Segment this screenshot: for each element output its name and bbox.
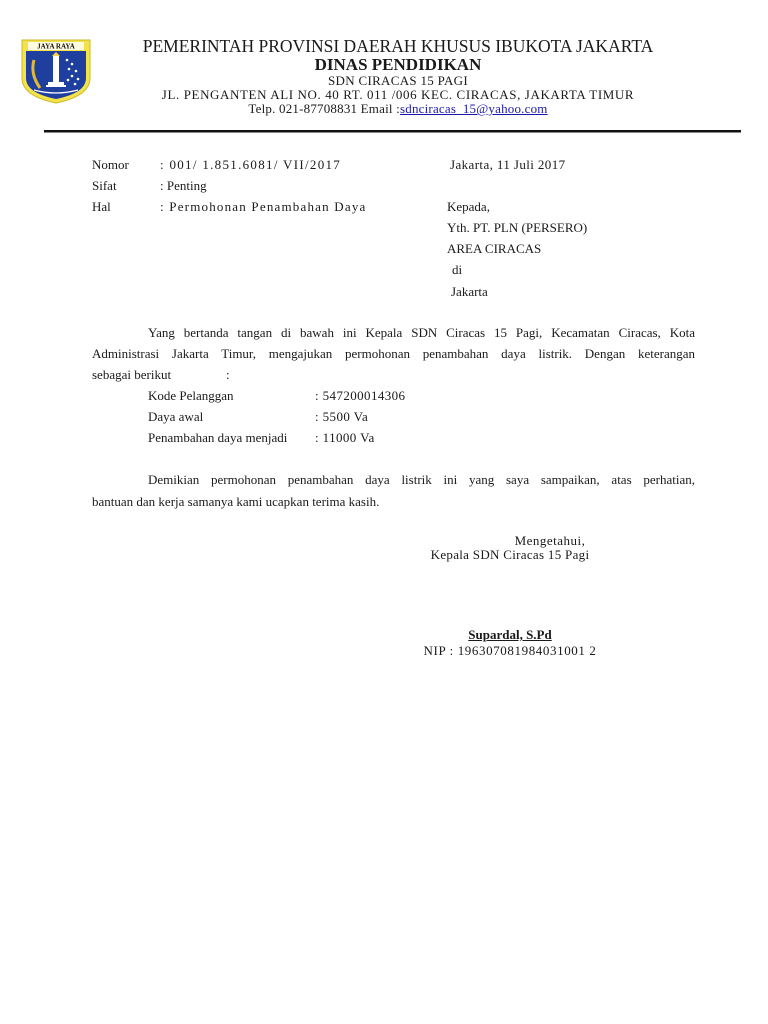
jakarta-crest-logo-icon: JAYA RAYA <box>20 38 92 104</box>
signatory-name: Supardal, S.Pd <box>380 627 640 643</box>
nomor-label: Nomor <box>92 157 129 173</box>
paragraph-1-line-1: Yang bertanda tangan di bawah ini Kepala… <box>148 325 695 341</box>
detail-label-penambahan-daya: Penambahan daya menjadi <box>148 430 287 446</box>
email-link[interactable]: sdnciracas_15@yahoo.com <box>400 101 548 116</box>
nomor-value: : 001/ 1.851.6081/ VII/2017 <box>160 157 341 173</box>
recipient-line-1: Yth. PT. PLN (PERSERO) <box>447 220 587 236</box>
detail-value-kode-pelanggan: : 547200014306 <box>315 388 405 404</box>
department-name: DINAS PENDIDIKAN <box>92 55 704 75</box>
paragraph-2-line-1: Demikian permohonan penambahan daya list… <box>148 472 695 488</box>
hal-label: Hal <box>92 199 111 215</box>
paragraph-1-line-2: Administrasi Jakarta Timur, mengajukan p… <box>92 346 695 362</box>
letterhead-divider <box>44 130 741 132</box>
detail-label-kode-pelanggan: Kode Pelanggan <box>148 388 234 404</box>
letter-date: Jakarta, 11 Juli 2017 <box>450 157 566 173</box>
government-name: PEMERINTAH PROVINSI DAERAH KHUSUS IBUKOT… <box>92 36 704 57</box>
paragraph-1-line-3: sebagai berikut <box>92 367 171 383</box>
recipient-line-2: AREA CIRACAS <box>447 241 541 257</box>
recipient-line-3: di <box>452 262 462 278</box>
hal-value: : Permohonan Penambahan Daya <box>160 199 367 215</box>
detail-value-daya-awal: : 5500 Va <box>315 409 368 425</box>
signatory-nip: NIP : 196307081984031001 2 <box>380 643 640 659</box>
paragraph-2-line-2: bantuan dan kerja samanya kami ucapkan t… <box>92 494 379 510</box>
svg-text:JAYA RAYA: JAYA RAYA <box>37 43 75 51</box>
detail-value-penambahan-daya: : 11000 Va <box>315 430 375 446</box>
recipient-kepada: Kepada, <box>447 199 490 215</box>
telephone-text: Telp. 021-87708831 Email : <box>248 101 400 116</box>
sifat-value: : Penting <box>160 178 207 194</box>
sifat-label: Sifat <box>92 178 117 194</box>
contact-line: Telp. 021-87708831 Email :sdnciracas_15@… <box>92 101 704 117</box>
signature-title: Kepala SDN Ciracas 15 Pagi <box>380 547 640 563</box>
recipient-line-4: Jakarta <box>451 284 488 300</box>
paragraph-1-colon: : <box>226 367 230 383</box>
detail-label-daya-awal: Daya awal <box>148 409 203 425</box>
